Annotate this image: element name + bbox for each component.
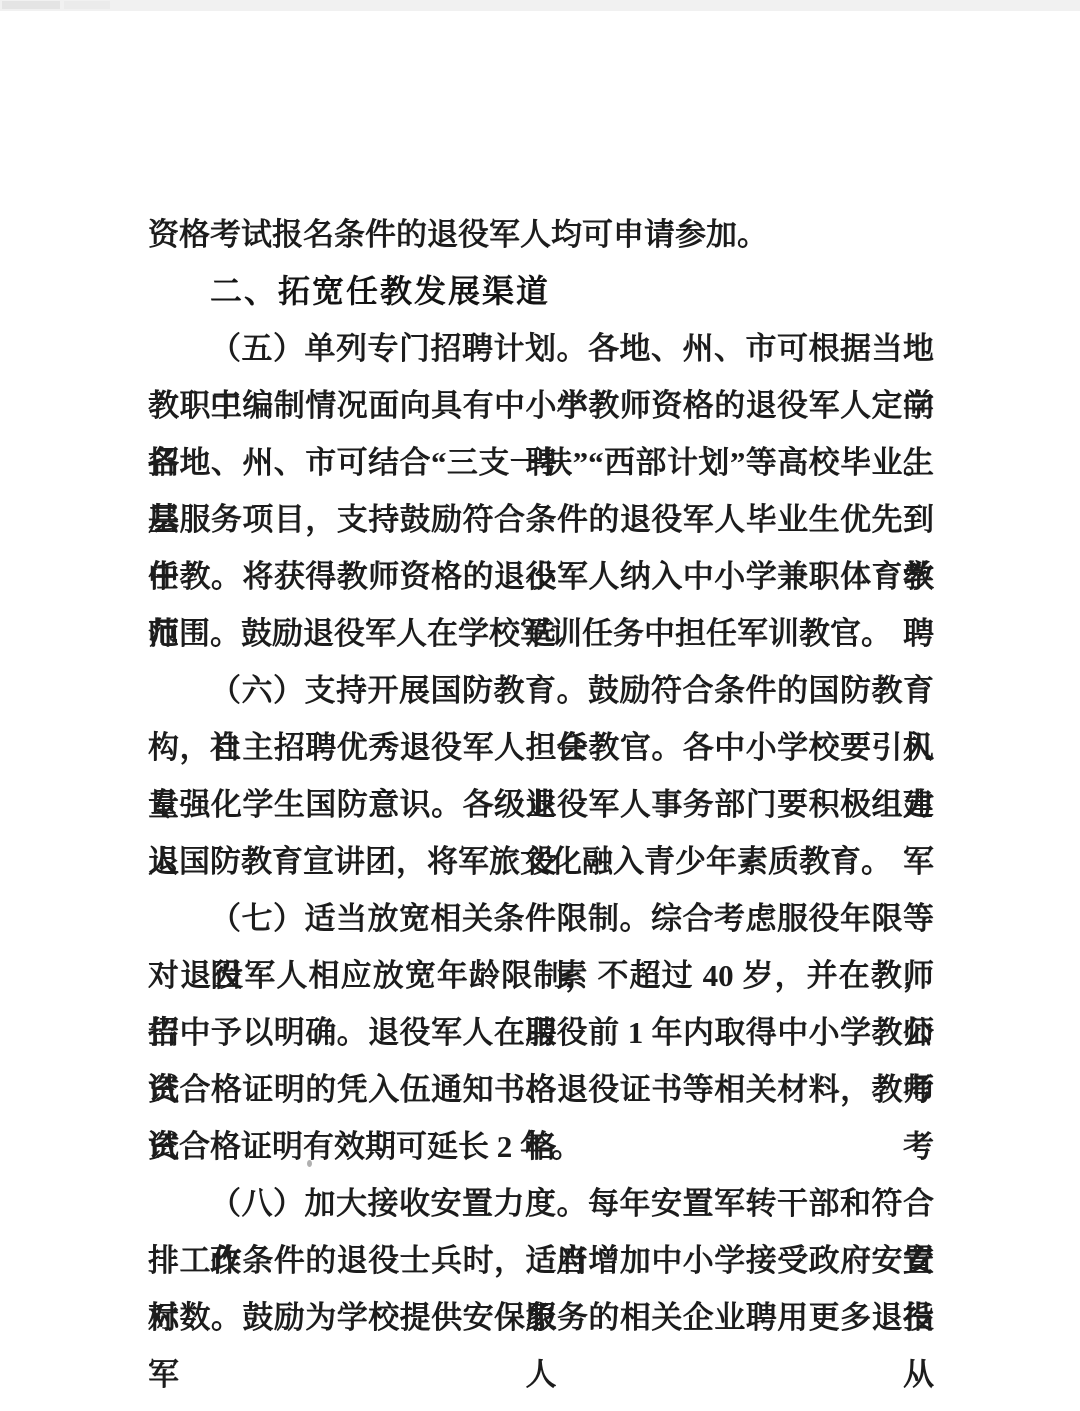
scan-topbar-segment <box>2 1 60 9</box>
text-line: 对退役军人相应放宽年龄限制，不超过 40 岁，并在教师招聘公 <box>148 947 934 1004</box>
document-body: 资格考试报名条件的退役军人均可申请参加。二、拓宽任教发展渠道（五）单列专门招聘计… <box>148 206 934 1346</box>
text-line: 人国防教育宣讲团，将军旅文化融入青少年素质教育。 <box>148 833 934 890</box>
text-line: 教职工编制情况面向具有中小学教师资格的退役军人定向招聘。 <box>148 377 934 434</box>
text-line: 任教。将获得教师资格的退役军人纳入中小学兼职体育教师选聘 <box>148 548 934 605</box>
text-line: 告中予以明确。退役军人在服役前 1 年内取得中小学教师资格考 <box>148 1004 934 1061</box>
scan-topbar-segment <box>64 1 110 9</box>
text-line: 排工作条件的退役士兵时，适当增加中小学接受政府安置对象指 <box>148 1232 934 1289</box>
scan-artifact-dot <box>307 1160 312 1167</box>
text-line: 试合格证明的凭入伍通知书、退役证书等相关材料，教师资格考 <box>148 1061 934 1118</box>
scan-topbar <box>0 0 1080 11</box>
text-line: （八）加大接收安置力度。每年安置军转干部和符合政府安 <box>148 1175 934 1232</box>
section-heading: 二、拓宽任教发展渠道 <box>148 263 934 320</box>
text-line: 量强化学生国防意识。各级退役军人事务部门要积极组建退役军 <box>148 776 934 833</box>
text-line: （七）适当放宽相关条件限制。综合考虑服役年限等因素， <box>148 890 934 947</box>
text-line: 标数。鼓励为学校提供安保服务的相关企业聘用更多退役军人从 <box>148 1289 934 1346</box>
text-line: （五）单列专门招聘计划。各地、州、市可根据当地中小学 <box>148 320 934 377</box>
text-line: 构，自主招聘优秀退役军人担任教官。各中小学校要引入专业力 <box>148 719 934 776</box>
text-line: （六）支持开展国防教育。鼓励符合条件的国防教育社会机 <box>148 662 934 719</box>
text-line: 层服务项目，支持鼓励符合条件的退役军人毕业生优先到中小学 <box>148 491 934 548</box>
text-line: 范围。鼓励退役军人在学校军训任务中担任军训教官。 <box>148 605 934 662</box>
text-line: 各地、州、市可结合“三支一扶”“西部计划”等高校毕业生基 <box>148 434 934 491</box>
text-line: 资格考试报名条件的退役军人均可申请参加。 <box>148 206 934 263</box>
